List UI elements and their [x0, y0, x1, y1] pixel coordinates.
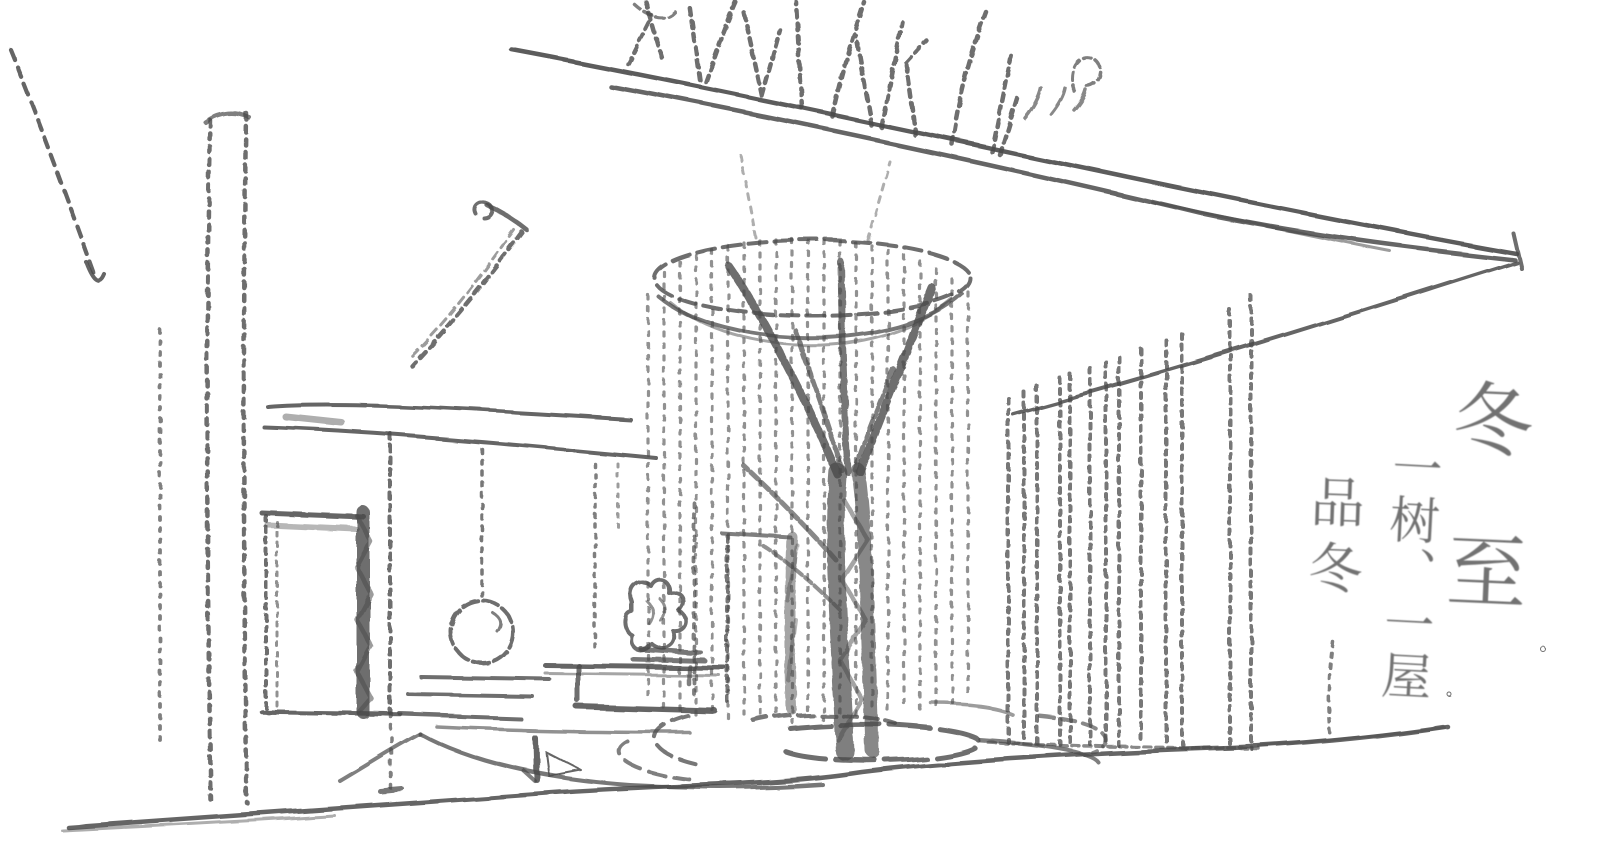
interior-beam: [265, 405, 656, 458]
bench-top-2: [545, 673, 719, 675]
arrow-head: [546, 752, 581, 776]
step-line-2: [409, 695, 533, 697]
canopy-connectors: [740, 152, 890, 240]
door-sill: [262, 712, 400, 714]
calligraphy-column-one-tree-one-house: 一树、一屋: [1365, 440, 1451, 703]
step-line-3: [577, 707, 715, 711]
ground: [62, 727, 1448, 830]
screen-slats: [1008, 296, 1251, 748]
leader-stroke: [10, 49, 105, 281]
double-column-right-line: [244, 113, 247, 803]
door-frame: [262, 433, 402, 791]
branch-left-main: [728, 265, 838, 475]
roof-upper-line: [512, 50, 1516, 253]
ripple-left-1: [655, 716, 700, 764]
pendant-lamp: [451, 449, 513, 663]
canopy-wind-ticks: [1025, 88, 1086, 118]
ground-line: [68, 727, 1448, 827]
bench-top: [545, 665, 723, 667]
pencil-sketch-drawing: [0, 0, 1599, 843]
beam-dark-patch: [286, 417, 342, 423]
sketch-canvas: 冬至 一树、一屋 品冬: [0, 0, 1599, 843]
beam-top-line: [268, 405, 630, 419]
beam-bottom-line: [265, 428, 656, 458]
roof-lower-line: [610, 86, 1514, 259]
calligraphy-trailing-stroke: [1329, 642, 1333, 736]
canopy-branches: [628, 2, 1018, 155]
sculpture-base: [633, 649, 705, 661]
step-line-4: [401, 715, 521, 719]
ripple-basin: [786, 724, 979, 760]
roof-mid-line: [1152, 202, 1390, 251]
path-sweep-left: [340, 734, 420, 781]
ripple-small: [932, 704, 1012, 714]
low-frame-bar: [722, 533, 790, 537]
branch-center: [841, 262, 848, 472]
door-post-foot-tick: [380, 789, 402, 791]
door-header-scribble: [268, 525, 356, 529]
pendant-globe: [451, 601, 513, 663]
ground-line-overlap-right: [1260, 728, 1445, 747]
calligraphy-dot-2: [1447, 692, 1451, 696]
sprout-stem-2: [410, 230, 514, 358]
leader-stroke-line: [10, 49, 96, 278]
path-sweep: [420, 734, 822, 788]
trunk-shadow-band: [790, 537, 792, 708]
calligraphy-column-savor-winter: 品冬: [1292, 473, 1374, 608]
double-column-left-line: [207, 120, 211, 800]
sculpture-detail: [647, 599, 665, 623]
sprout-mark: [410, 203, 527, 366]
step-line-1: [421, 677, 549, 679]
calligraphy-dot-1: [1541, 647, 1546, 652]
sprout-top-bar: [488, 206, 527, 230]
door-header: [262, 513, 364, 517]
left-columns: [160, 113, 249, 803]
sculpture-body: [625, 580, 685, 650]
step-line-5: [437, 727, 689, 732]
pendant-hook: [493, 613, 500, 631]
sprout-stem: [412, 232, 522, 366]
right-slat-screen: [988, 296, 1258, 748]
canopy-curls: [634, 4, 1100, 92]
